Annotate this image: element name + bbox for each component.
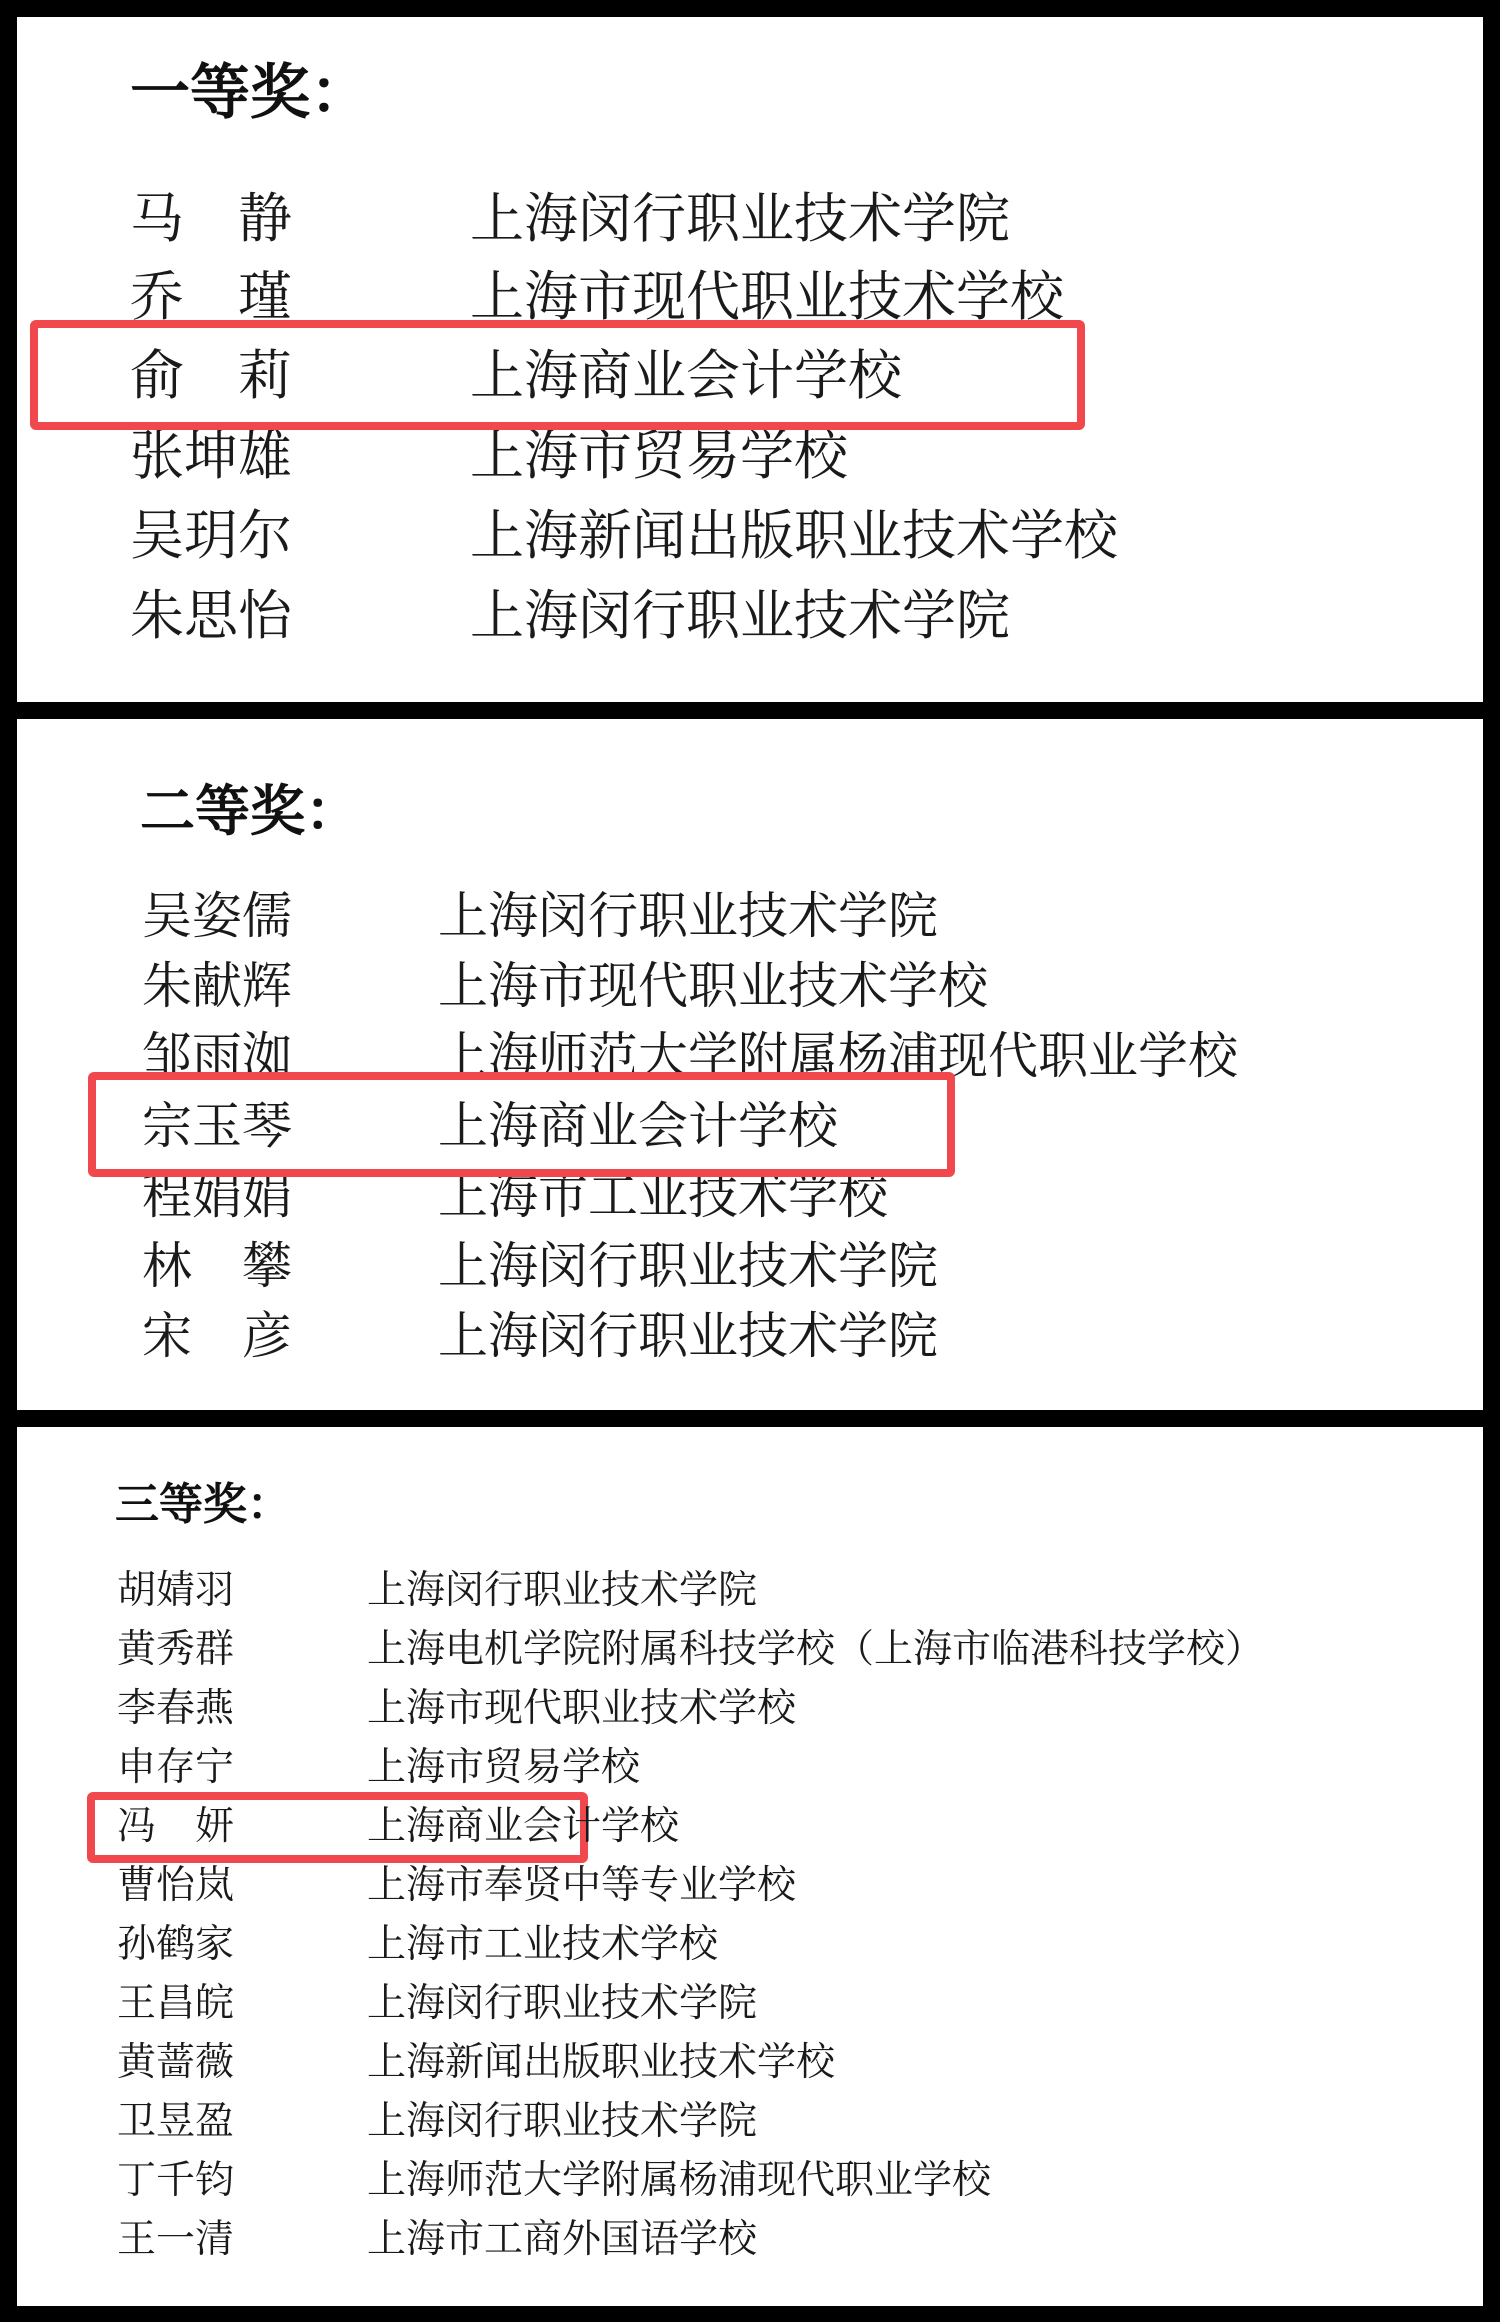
winner-school: 上海新闻出版职业技术学校 bbox=[367, 2043, 835, 2082]
winner-school: 上海市工业技术学校 bbox=[438, 1171, 888, 1221]
tier-title-second-prize: 二等奖： bbox=[140, 783, 360, 838]
winner-school: 上海商业会计学校 bbox=[367, 1807, 679, 1846]
list-item: 王一清 上海市工商外国语学校 bbox=[17, 2220, 1483, 2264]
winner-name: 胡婧羽 bbox=[117, 1571, 234, 1610]
winner-school: 上海市奉贤中等专业学校 bbox=[367, 1866, 796, 1905]
winner-school: 上海市现代职业技术学校 bbox=[438, 961, 988, 1011]
tier-title-third-prize: 三等奖： bbox=[115, 1483, 291, 1527]
winner-name: 卫昱盈 bbox=[117, 2102, 234, 2141]
list-item: 张坤雄 上海市贸易学校 bbox=[17, 429, 1483, 489]
winner-name: 乔 瑾 bbox=[130, 270, 292, 324]
first-prize-panel: 一等奖： 马 静 上海闵行职业技术学院 乔 瑾 上海市现代职业技术学校 俞 莉 … bbox=[17, 17, 1483, 702]
winner-name: 孙鹤家 bbox=[117, 1925, 234, 1964]
winner-school: 上海闵行职业技术学院 bbox=[470, 192, 1010, 246]
second-prize-panel: 二等奖： 吴姿儒 上海闵行职业技术学院 朱献辉 上海市现代职业技术学校 邹雨洳 … bbox=[17, 719, 1483, 1410]
winner-name: 丁千钧 bbox=[117, 2161, 234, 2200]
winner-name: 冯 妍 bbox=[117, 1807, 234, 1846]
winner-school: 上海闵行职业技术学院 bbox=[367, 2102, 757, 2141]
list-item: 王昌皖 上海闵行职业技术学院 bbox=[17, 1984, 1483, 2028]
winner-school: 上海市现代职业技术学校 bbox=[470, 270, 1064, 324]
list-item: 李春燕 上海市现代职业技术学校 bbox=[17, 1689, 1483, 1733]
list-item: 胡婧羽 上海闵行职业技术学院 bbox=[17, 1571, 1483, 1615]
winner-name: 朱献辉 bbox=[142, 961, 292, 1011]
winner-name: 黄蔷薇 bbox=[117, 2043, 234, 2082]
winner-school: 上海市贸易学校 bbox=[367, 1748, 640, 1787]
list-item: 黄秀群 上海电机学院附属科技学校（上海市临港科技学校） bbox=[17, 1630, 1483, 1674]
winner-name: 王昌皖 bbox=[117, 1984, 234, 2023]
list-item: 马 静 上海闵行职业技术学院 bbox=[17, 192, 1483, 252]
winner-name: 宋 彦 bbox=[142, 1311, 292, 1361]
list-item: 吴姿儒 上海闵行职业技术学院 bbox=[17, 891, 1483, 947]
winner-school: 上海市现代职业技术学校 bbox=[367, 1689, 796, 1728]
winner-name: 林 攀 bbox=[142, 1241, 292, 1291]
winner-name: 李春燕 bbox=[117, 1689, 234, 1728]
list-item: 黄蔷薇 上海新闻出版职业技术学校 bbox=[17, 2043, 1483, 2087]
list-item: 丁千钧 上海师范大学附属杨浦现代职业学校 bbox=[17, 2161, 1483, 2205]
winner-school: 上海闵行职业技术学院 bbox=[367, 1984, 757, 2023]
third-prize-panel: 三等奖： 胡婧羽 上海闵行职业技术学院 黄秀群 上海电机学院附属科技学校（上海市… bbox=[17, 1427, 1483, 2306]
winner-name: 王一清 bbox=[117, 2220, 234, 2259]
winner-school: 上海商业会计学校 bbox=[438, 1101, 838, 1151]
list-item: 朱思怡 上海闵行职业技术学院 bbox=[17, 589, 1483, 649]
list-item: 宋 彦 上海闵行职业技术学院 bbox=[17, 1311, 1483, 1367]
winner-name: 曹怡岚 bbox=[117, 1866, 234, 1905]
winner-name: 马 静 bbox=[130, 192, 292, 246]
winner-name: 张坤雄 bbox=[130, 429, 292, 483]
winner-name: 吴玥尔 bbox=[130, 509, 292, 563]
winner-school: 上海师范大学附属杨浦现代职业学校 bbox=[367, 2161, 991, 2200]
winner-name: 俞 莉 bbox=[130, 349, 292, 403]
list-item: 曹怡岚 上海市奉贤中等专业学校 bbox=[17, 1866, 1483, 1910]
winner-name: 朱思怡 bbox=[130, 589, 292, 643]
list-item: 申存宁 上海市贸易学校 bbox=[17, 1748, 1483, 1792]
list-item: 卫昱盈 上海闵行职业技术学院 bbox=[17, 2102, 1483, 2146]
winner-name: 宗玉琴 bbox=[142, 1101, 292, 1151]
winner-name: 黄秀群 bbox=[117, 1630, 234, 1669]
winner-name: 程娟娟 bbox=[142, 1171, 292, 1221]
list-item: 吴玥尔 上海新闻出版职业技术学校 bbox=[17, 509, 1483, 569]
list-item: 程娟娟 上海市工业技术学校 bbox=[17, 1171, 1483, 1227]
list-item: 林 攀 上海闵行职业技术学院 bbox=[17, 1241, 1483, 1297]
list-item: 朱献辉 上海市现代职业技术学校 bbox=[17, 961, 1483, 1017]
list-item-highlighted: 俞 莉 上海商业会计学校 bbox=[17, 349, 1483, 409]
winner-school: 上海电机学院附属科技学校（上海市临港科技学校） bbox=[367, 1630, 1264, 1669]
winner-school: 上海市贸易学校 bbox=[470, 429, 848, 483]
winner-school: 上海市工业技术学校 bbox=[367, 1925, 718, 1964]
list-item-highlighted: 冯 妍 上海商业会计学校 bbox=[17, 1807, 1483, 1851]
winner-name: 吴姿儒 bbox=[142, 891, 292, 941]
list-item-highlighted: 宗玉琴 上海商业会计学校 bbox=[17, 1101, 1483, 1157]
winner-school: 上海闵行职业技术学院 bbox=[438, 1241, 938, 1291]
list-item: 孙鹤家 上海市工业技术学校 bbox=[17, 1925, 1483, 1969]
winner-school: 上海闵行职业技术学院 bbox=[438, 1311, 938, 1361]
winner-school: 上海闵行职业技术学院 bbox=[470, 589, 1010, 643]
winner-name: 申存宁 bbox=[117, 1748, 234, 1787]
winner-school: 上海闵行职业技术学院 bbox=[438, 891, 938, 941]
tier-title-first-prize: 一等奖： bbox=[130, 63, 370, 123]
winner-school: 上海闵行职业技术学院 bbox=[367, 1571, 757, 1610]
winner-school: 上海市工商外国语学校 bbox=[367, 2220, 757, 2259]
winner-school: 上海商业会计学校 bbox=[470, 349, 902, 403]
winner-school: 上海新闻出版职业技术学校 bbox=[470, 509, 1118, 563]
